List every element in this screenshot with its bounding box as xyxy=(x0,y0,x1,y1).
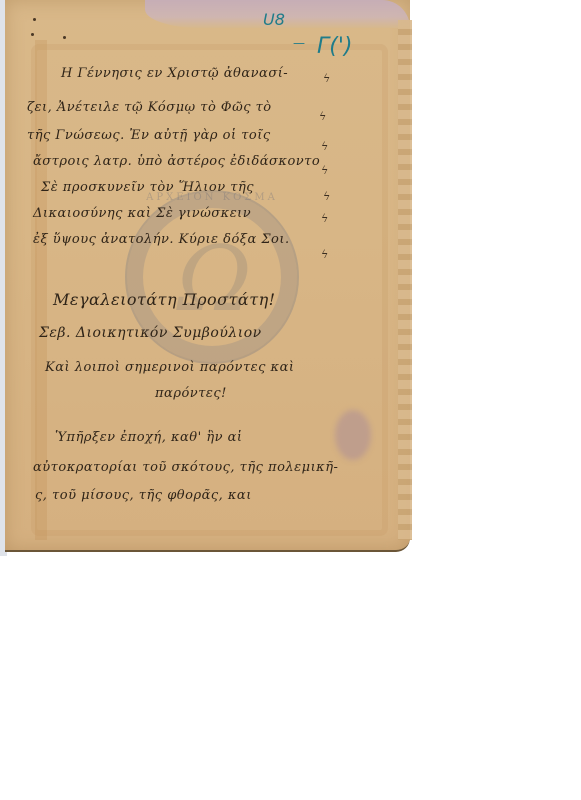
margin-mark: ϟ xyxy=(323,72,330,85)
text-line: ἄστροις λατρ. ὑπὸ ἀστέρος ἐδιδάσκοντο xyxy=(33,154,320,169)
margin-mark: ϟ xyxy=(321,248,328,261)
foxing-spot xyxy=(63,36,66,39)
text-line: Δικαιοσύνης καὶ Σὲ γινώσκειν xyxy=(33,206,251,221)
text-line: ς, τοῦ μίσους, τῆς φθορᾶς, και xyxy=(35,488,252,503)
foxing-spot xyxy=(33,18,36,21)
text-line: τῆς Γνώσεως. Ἐν αὐτῇ γὰρ οἱ τοῖς xyxy=(27,128,271,143)
text-line: Ὑπῆρξεν ἐποχή, καθ' ἣν αἱ xyxy=(55,430,243,445)
margin-mark: ϟ xyxy=(321,164,328,177)
text-line: Η Γέννησις εν Χριστῷ ἀθανασί- xyxy=(61,66,288,81)
text-line: ζει, Ἀνέτειλε τῷ Κόσμῳ τὸ Φῶς τὸ xyxy=(27,100,272,115)
salutation-line: Καὶ λοιποὶ σημερινοὶ παρόντες καὶ xyxy=(45,360,294,375)
salutation-line: Σεβ. Διοικητικόν Συμβούλιον xyxy=(39,325,262,341)
letter-page: ΑΡΧΕΙΟΝ ΚΟΣΜΑ Ω U8 — Γ(') Η Γέννησις εν … xyxy=(5,0,410,552)
ink-stain xyxy=(335,410,371,460)
margin-mark: ϟ xyxy=(321,212,328,225)
archive-number-annotation: U8 xyxy=(263,10,285,29)
foxing-spot xyxy=(31,33,34,36)
salutation-line: Μεγαλειοτάτη Προστάτη! xyxy=(53,290,276,309)
salutation-line: παρόντες! xyxy=(155,386,227,401)
margin-mark: ϟ xyxy=(319,110,326,123)
margin-mark: ϟ xyxy=(321,140,328,153)
margin-mark: ϟ xyxy=(323,190,330,203)
frayed-right-edge xyxy=(398,20,412,540)
archive-dash-annotation: — xyxy=(293,36,305,50)
text-line: Σὲ προσκυνεῖν τὸν Ἥλιον τῆς xyxy=(41,180,254,195)
archive-folio-annotation: Γ(') xyxy=(317,34,352,59)
text-line: ἐξ ὕψους ἀνατολήν. Κύριε δόξα Σοι. xyxy=(33,232,290,247)
text-line: αὐτοκρατορίαι τοῦ σκότους, τῆς πολεμικῆ- xyxy=(33,460,338,475)
